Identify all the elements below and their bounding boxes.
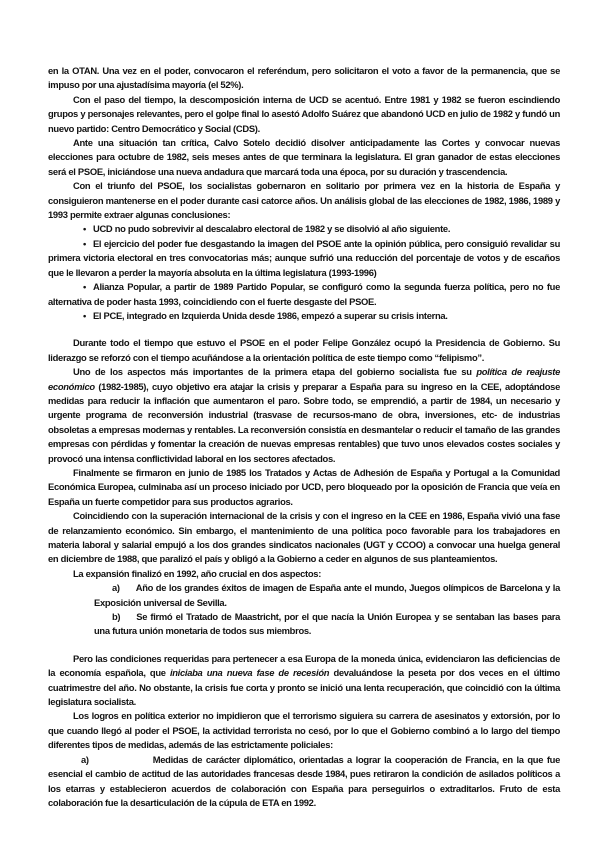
list-item-text: Año de los grandes éxitos de imagen de E… xyxy=(94,582,560,607)
list-item-1992-a: a)Año de los grandes éxitos de imagen de… xyxy=(48,581,560,610)
text-segment: Uno de los aspectos más importantes de l… xyxy=(73,366,476,377)
paragraph-otan-referendum: en la OTAN. Una vez en el poder, convoca… xyxy=(48,64,560,93)
list-item-medidas-a: a)Medidas de carácter diplomático, orien… xyxy=(48,753,560,811)
bullet-marker: • xyxy=(83,310,86,321)
paragraph-1982-elections: Ante una situación tan crítica, Calvo So… xyxy=(48,136,560,179)
bullet-marker: • xyxy=(83,223,86,234)
bullet-marker: • xyxy=(83,281,86,292)
bullet-text: El ejercicio del poder fue desgastando l… xyxy=(48,238,560,278)
paragraph-recesion: Pero las condiciones requeridas para per… xyxy=(48,652,560,710)
paragraph-adhesion-cee: Finalmente se firmaron en junio de 1985 … xyxy=(48,466,560,509)
list-item-text: Medidas de carácter diplomático, orienta… xyxy=(48,754,560,808)
paragraph-reajuste-economico: Uno de los aspectos más importantes de l… xyxy=(48,365,560,466)
paragraph-huelga-general: Coincidiendo con la superación internaci… xyxy=(48,509,560,567)
bullet-marker: • xyxy=(83,238,86,249)
paragraph-expansion-1992: La expansión finalizó en 1992, año cruci… xyxy=(48,567,560,581)
bullet-item-psoe-image: •El ejercicio del poder fue desgastando … xyxy=(48,237,560,280)
bullet-text: Alianza Popular, a partir de 1989 Partid… xyxy=(48,281,560,306)
paragraph-terrorismo: Los logros en política exterior no impid… xyxy=(48,709,560,752)
paragraph-psoe-triumph: Con el triunfo del PSOE, los socialistas… xyxy=(48,179,560,222)
bullet-item-pce: •El PCE, integrado en Izquierda Unida de… xyxy=(48,309,560,323)
bullet-list: •UCD no pudo sobrevivir al descalabro el… xyxy=(48,222,560,323)
bullet-item-ucd: •UCD no pudo sobrevivir al descalabro el… xyxy=(48,222,560,236)
bullet-text: UCD no pudo sobrevivir al descalabro ele… xyxy=(93,223,450,234)
document-page: en la OTAN. Una vez en el poder, convoca… xyxy=(0,0,599,848)
text-segment: (1982-1985), cuyo objetivo era atajar la… xyxy=(48,381,560,464)
list-marker: a) xyxy=(81,754,89,765)
list-item-text: Se firmó el Tratado de Maastricht, por e… xyxy=(94,611,560,636)
paragraph-ucd-decline: Con el paso del tiempo, la descomposició… xyxy=(48,93,560,136)
lettered-list-medidas: a)Medidas de carácter diplomático, orien… xyxy=(48,753,560,811)
lettered-list-1992: a)Año de los grandes éxitos de imagen de… xyxy=(48,581,560,639)
list-marker: b) xyxy=(112,611,120,622)
list-marker: a) xyxy=(112,582,120,593)
paragraph-felipismo: Durante todo el tiempo que estuvo el PSO… xyxy=(48,336,560,365)
italic-phrase-recesion: iniciaba una nueva fase de recesión xyxy=(170,667,329,678)
list-item-1992-b: b)Se firmó el Tratado de Maastricht, por… xyxy=(48,610,560,639)
bullet-item-alianza-popular: •Alianza Popular, a partir de 1989 Parti… xyxy=(48,280,560,309)
bullet-text: El PCE, integrado en Izquierda Unida des… xyxy=(93,310,448,321)
